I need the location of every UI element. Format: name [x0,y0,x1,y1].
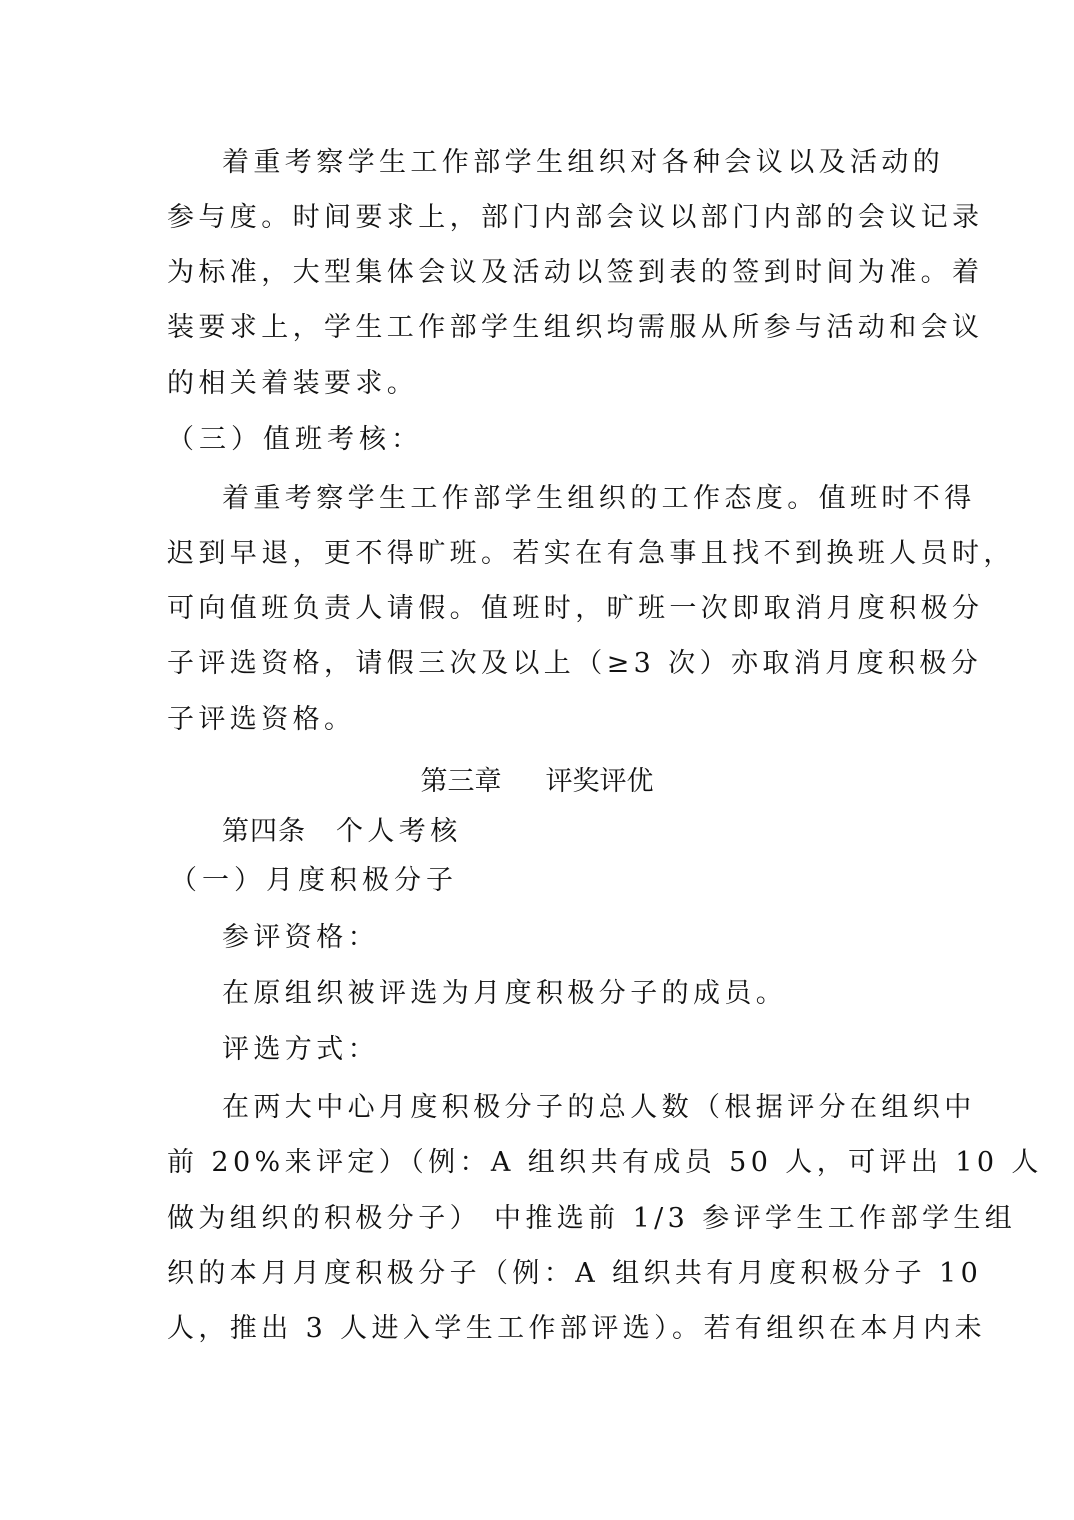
article-title: 个人考核 [336,816,462,847]
document-page: 着重考察学生工作部学生组织对各种会议以及活动的 参与度。时间要求上，部门内部会议… [0,0,1074,1520]
paragraph-1-line-2: 参与度。时间要求上，部门内部会议以部门内部的会议记录 [167,198,913,238]
paragraph-2-line-4: 子评选资格，请假三次及以上（≥3 次）亦取消月度积极分 [167,644,913,684]
paragraph-2-line-5: 子评选资格。 [167,700,355,740]
paragraph-1-line-1: 着重考察学生工作部学生组织对各种会议以及活动的 [222,143,913,183]
paragraph-1-line-5: 的相关着装要求。 [167,364,418,404]
subsection-1-heading: （一）月度积极分子 [170,861,458,901]
article-number: 第四条 [222,816,306,847]
paragraph-1-line-4: 装要求上，学生工作部学生组织均需服从所参与活动和会议 [167,308,913,348]
section-3-heading: （三）值班考核： [167,420,423,460]
paragraph-2-line-1: 着重考察学生工作部学生组织的工作态度。值班时不得 [222,479,913,519]
paragraph-1-line-3: 为标准，大型集体会议及活动以签到表的签到时间为准。着 [167,253,913,293]
paragraph-3-line-2: 前 20%来评定）（例：A 组织共有成员 50 人，可评出 10 人 [167,1143,913,1183]
eligibility-label: 参评资格： [222,918,379,958]
paragraph-2-line-2: 迟到早退，更不得旷班。若实在有急事且找不到换班人员时， [167,534,913,574]
chapter-heading: 第三章评奖评优 [0,760,1074,804]
paragraph-3-line-3: 做为组织的积极分子） 中推选前 1/3 参评学生工作部学生组 [167,1199,913,1239]
method-label: 评选方式： [222,1030,379,1070]
paragraph-2-line-3: 可向值班负责人请假。值班时，旷班一次即取消月度积极分 [167,589,913,629]
chapter-number: 第三章 [421,766,502,797]
eligibility-text: 在原组织被评选为月度积极分子的成员。 [222,974,787,1014]
paragraph-3-line-4: 织的本月月度积极分子（例：A 组织共有月度积极分子 10 [167,1254,913,1294]
paragraph-3-line-1: 在两大中心月度积极分子的总人数（根据评分在组织中 [222,1088,913,1128]
article-heading: 第四条个人考核 [222,812,462,852]
chapter-title: 评奖评优 [546,766,654,797]
paragraph-3-line-5: 人，推出 3 人进入学生工作部评选）。若有组织在本月内未 [167,1309,913,1349]
